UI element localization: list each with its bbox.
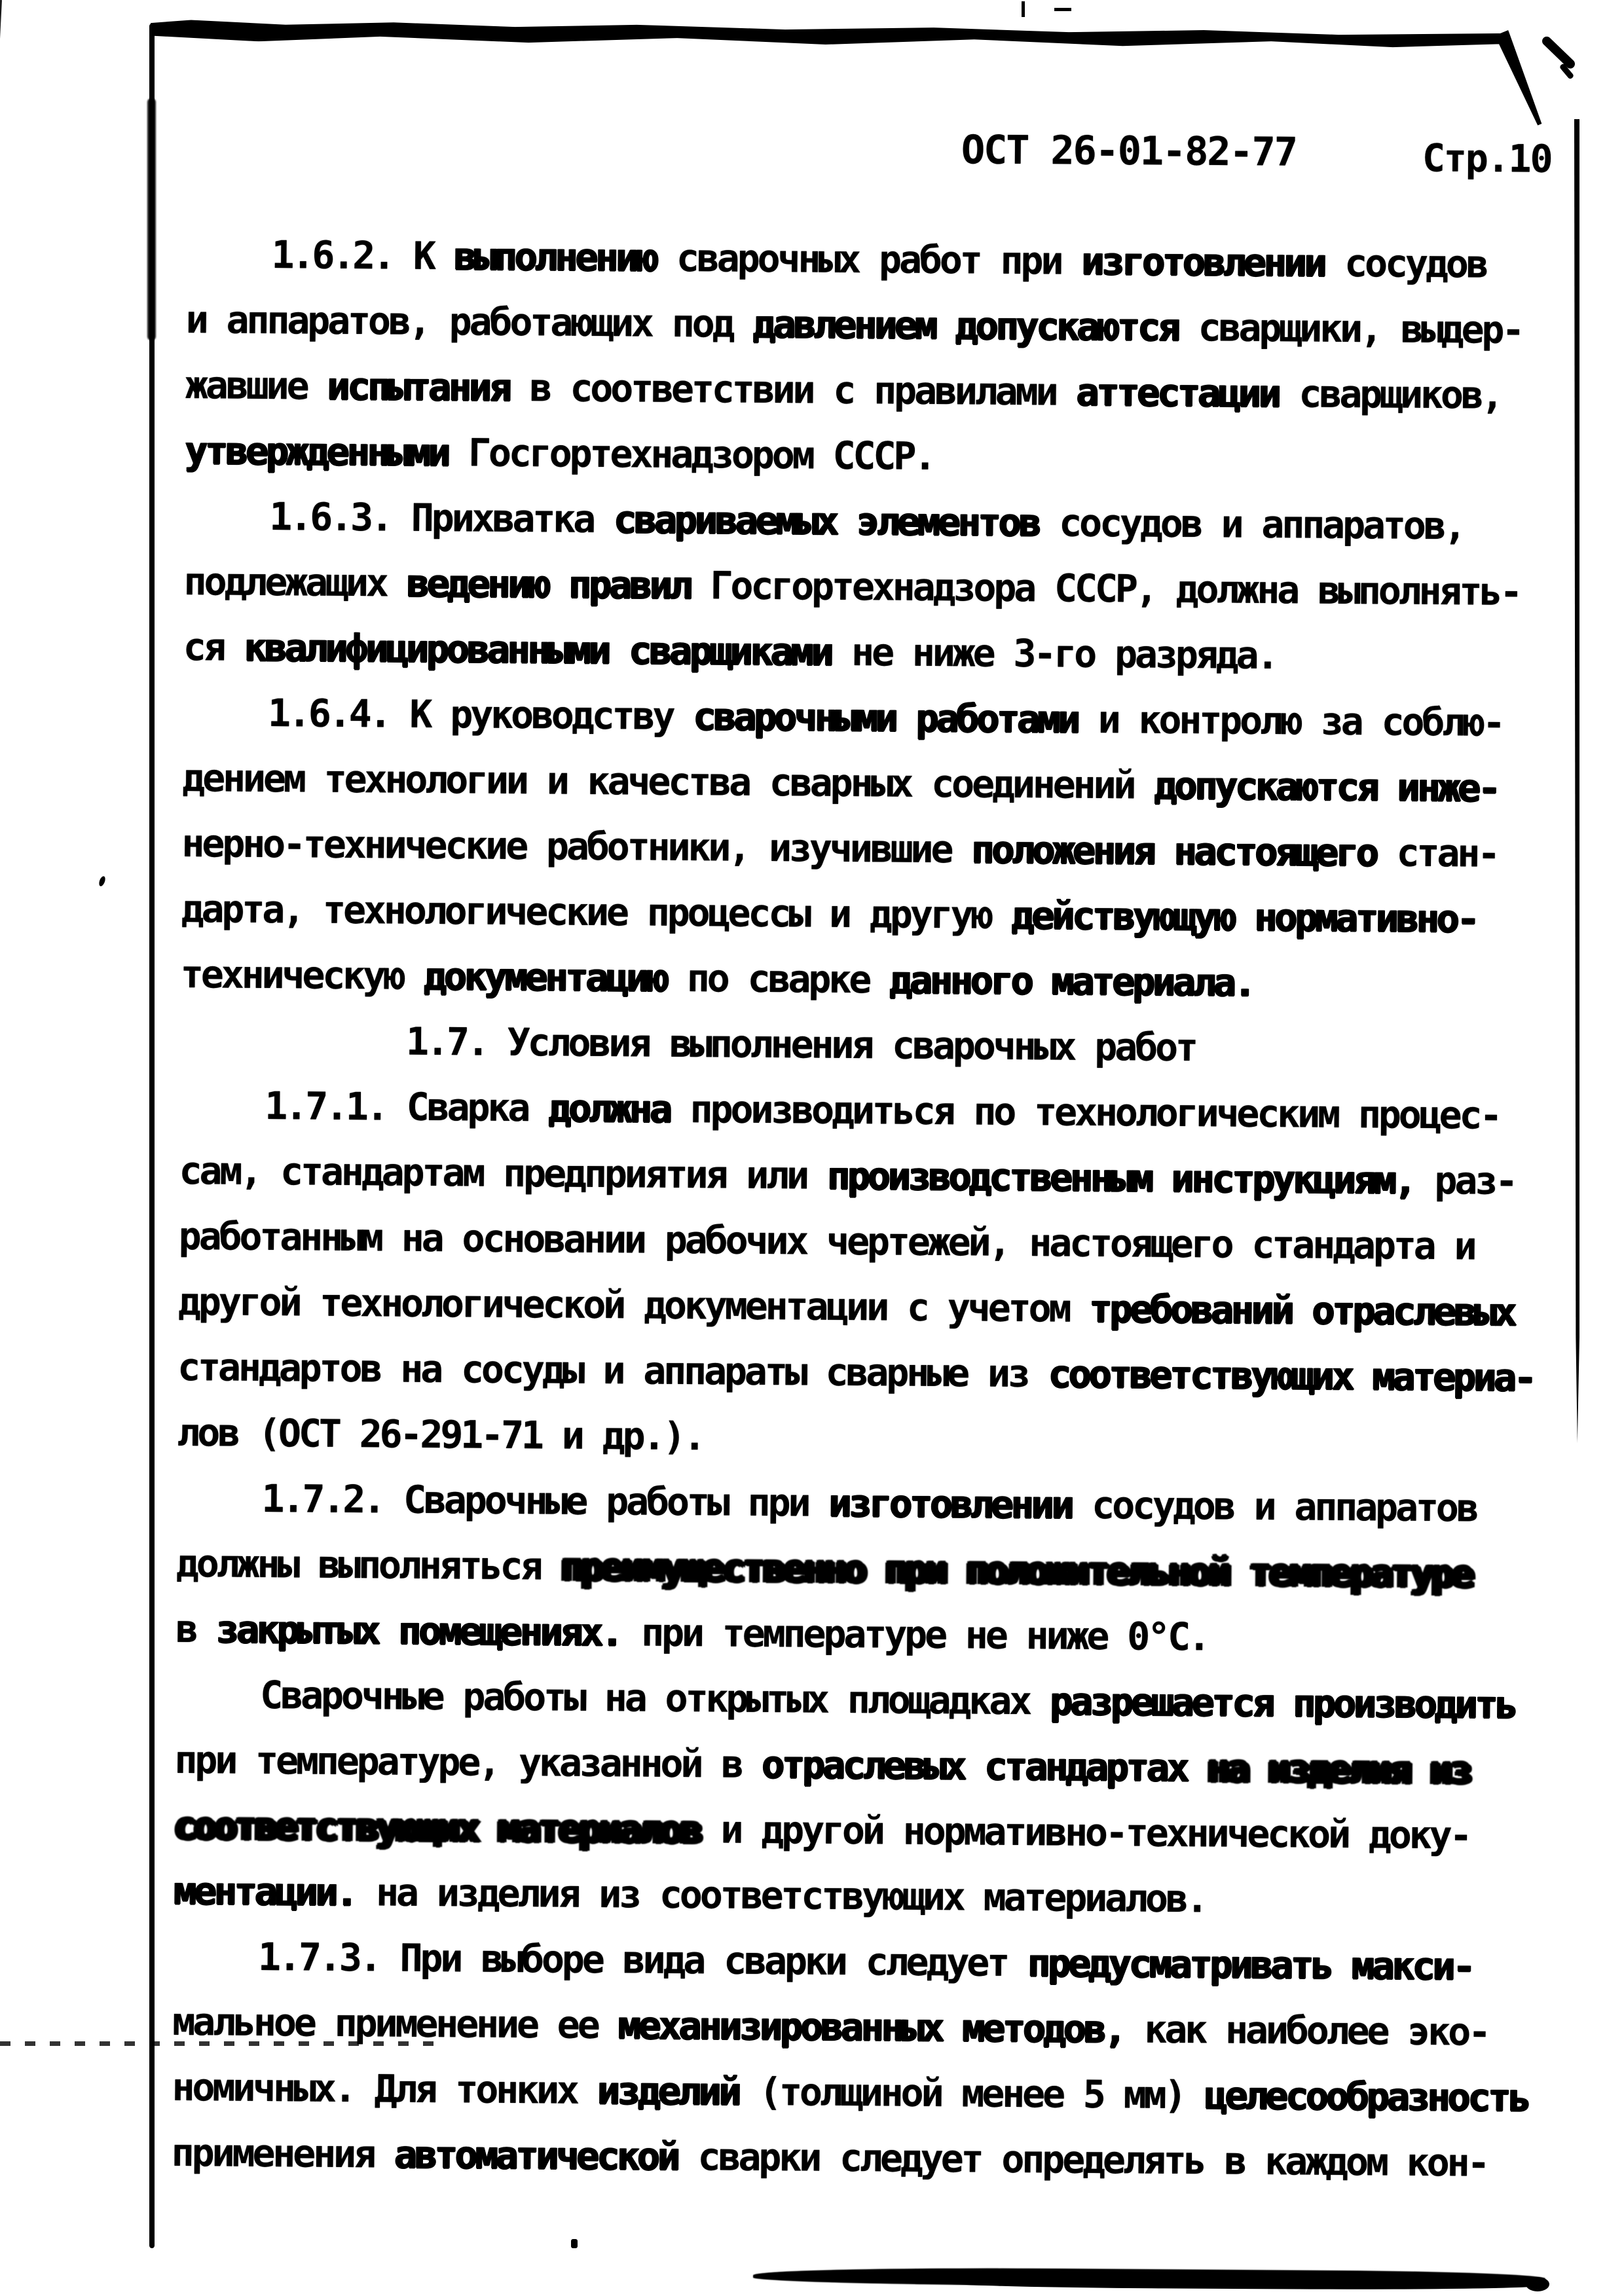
text-segment: допускаются инже- — [1154, 763, 1498, 811]
text-segment: работанным на основании рабочих чертежей… — [179, 1214, 1475, 1269]
text-segment: закрытых помещениях. — [216, 1607, 621, 1654]
text-segment: дарта, технологические процессы и другую — [181, 886, 1011, 938]
text-segment: 1.7. Условия выполнения сварочных работ — [406, 1019, 1196, 1070]
text-line: 1.7. Условия выполнения сварочных работ — [180, 1007, 1562, 1084]
text-segment: утвержденными — [185, 428, 448, 475]
scan-diagonal-dash-mark — [1540, 35, 1577, 71]
text-segment: 1.7.1. Сварка — [265, 1084, 548, 1130]
text-segment: техническую — [181, 952, 424, 998]
text-segment: Сварочные работы на открытых площадках — [260, 1673, 1050, 1723]
text-line: 1.6.3. Прихватка свариваемых элементов с… — [184, 483, 1566, 560]
text-segment: при температуре, указанной в — [174, 1738, 762, 1787]
text-line: дарта, технологические процессы и другую… — [181, 876, 1563, 953]
text-segment: раз- — [1414, 1158, 1515, 1203]
struck-out-text: при — [885, 1546, 946, 1592]
text-segment: производственным инструкциям, — [827, 1154, 1414, 1203]
scanned-document-page: ОСТ 26-01-82-77 Стр.10 1.6.2. К выполнен… — [0, 0, 1624, 2296]
text-line: соответствующих материалов и другой норм… — [174, 1793, 1556, 1869]
text-segment: предусматривать макси- — [1027, 1941, 1473, 1988]
text-line: ментации. на изделия из соответствующих … — [174, 1858, 1556, 1935]
stray-ink-mark — [1022, 1, 1025, 17]
text-segment: в — [175, 1607, 216, 1651]
text-line: лов (ОСТ 26-291-71 и др.). — [177, 1400, 1559, 1476]
text-line: 1.7.1. Сварка должна производиться по те… — [179, 1072, 1562, 1149]
text-segment: свариваемых элементов — [614, 497, 1039, 545]
text-segment: в соответствии с правилами — [509, 365, 1076, 414]
text-segment: разрешается производить — [1050, 1679, 1516, 1727]
text-segment: соответствующих материа- — [1048, 1351, 1534, 1400]
text-segment: производиться по технологическим процес- — [669, 1087, 1500, 1138]
page-fold-crease-line — [0, 0, 2, 2039]
text-segment: Госгортехнадзором СССР. — [448, 430, 934, 479]
text-segment: изделий — [597, 2068, 739, 2114]
text-segment: на изделия из соответствующих материалов… — [356, 1870, 1206, 1921]
text-segment: подлежащих — [183, 559, 407, 606]
text-segment: 1.6.2. К — [271, 232, 454, 278]
text-segment: сосудов и аппаратов — [1071, 1483, 1477, 1531]
text-segment: изготовлении — [1081, 239, 1325, 285]
text-segment: сварки следует определять в каждом кон- — [678, 2134, 1488, 2185]
text-segment: квалифицированными сварщиками — [244, 625, 831, 674]
text-segment: стандартов на сосуды и аппараты сварные … — [177, 1345, 1048, 1396]
text-segment: при температуре не ниже 0°С. — [621, 1610, 1208, 1659]
text-segment: не ниже 3-го разряда. — [831, 630, 1277, 678]
text-line: ся квалифицированными сварщиками не ниже… — [183, 614, 1566, 691]
struck-out-text: на изделия из — [1207, 1745, 1470, 1792]
text-line: номичных. Для тонких изделий (толщиной м… — [172, 2054, 1554, 2131]
text-line: техническую документацию по сварке данно… — [181, 941, 1563, 1018]
text-segment: автоматической — [394, 2132, 678, 2179]
text-segment: действующую нормативно- — [1011, 893, 1477, 941]
text-segment: давлением допускаются — [752, 302, 1178, 350]
text-segment: 1.6.4. К руководству — [268, 691, 693, 738]
text-segment: ментации. — [174, 1868, 356, 1914]
text-line: сам, стандартам предприятия или производ… — [179, 1138, 1561, 1214]
text-segment: данного материала. — [889, 957, 1254, 1004]
text-segment: требований отраслевых — [1089, 1286, 1515, 1334]
text-line: жавшие испытания в соответствии с правил… — [185, 352, 1568, 429]
text-line: и аппаратов, работающих под давлением до… — [185, 287, 1568, 363]
text-line: Сварочные работы на открытых площадках р… — [175, 1662, 1557, 1738]
text-line: в закрытых помещениях. при температуре н… — [175, 1596, 1558, 1673]
text-segment: 1.6.3. Прихватка — [269, 494, 614, 541]
text-segment: сварщиков, — [1278, 371, 1502, 418]
text-line: применения автоматической сварки следует… — [171, 2120, 1553, 2196]
text-segment: сосудов и аппаратов, — [1039, 500, 1464, 548]
text-line: 1.7.2. Сварочные работы при изготовлении… — [176, 1465, 1559, 1542]
stray-ink-mark — [571, 2239, 578, 2248]
text-segment: применения — [172, 2130, 395, 2177]
text-line: при температуре, указанной в отраслевых … — [174, 1727, 1557, 1804]
text-line: 1.6.4. К руководству сварочными работами… — [183, 680, 1565, 756]
text-segment: 1.7.3. При выборе вида сварки следует — [258, 1935, 1027, 1985]
text-line: утвержденными Госгортехнадзором СССР. — [185, 418, 1567, 494]
text-line: другой технологической документации с уч… — [178, 1269, 1560, 1345]
text-segment: дением технологии и качества сварных сое… — [182, 756, 1154, 808]
scan-right-edge-line — [1574, 119, 1579, 1443]
text-segment: должны выполняться — [176, 1541, 561, 1589]
text-segment: мальное применение ее — [172, 1999, 618, 2047]
text-line: 1.7.3. При выборе вида сварки следует пр… — [173, 1923, 1555, 2000]
text-segment: как наиболее эко- — [1124, 2007, 1488, 2054]
text-segment: аттестации — [1076, 370, 1279, 416]
stray-ink-mark — [1054, 8, 1071, 11]
text-segment: выполнению — [454, 234, 657, 280]
text-segment: сам, стандартам предприятия или — [179, 1148, 827, 1198]
text-segment: целесообразность — [1204, 2073, 1528, 2120]
standard-number: ОСТ 26-01-82-77 — [961, 127, 1297, 175]
text-segment: 1.7.2. Сварочные работы при — [261, 1476, 828, 1525]
text-segment — [1228, 1550, 1249, 1594]
page-number: Стр.10 — [1422, 136, 1552, 181]
struck-out-text: преимущественно — [561, 1544, 864, 1592]
text-segment: нерно-технические работники, изучившие — [181, 821, 971, 871]
text-segment: жавшие — [185, 363, 327, 409]
scan-left-edge-line — [149, 24, 155, 2248]
text-segment: сварочных работ при — [656, 236, 1082, 283]
text-segment: изготовлении — [828, 1481, 1072, 1527]
text-segment: отраслевых стандартах — [762, 1742, 1187, 1790]
text-segment: и аппаратов, работающих под — [186, 297, 753, 346]
scan-left-edge-smudge — [147, 98, 156, 340]
text-segment: ся — [183, 625, 244, 670]
text-line: подлежащих ведению правил Госгортехнадзо… — [183, 549, 1566, 625]
document-body: 1.6.2. К выполнению сварочных работ при … — [171, 221, 1568, 2196]
text-segment: другой технологической документации с уч… — [178, 1279, 1090, 1331]
text-segment: должна — [548, 1085, 670, 1131]
text-segment — [864, 1546, 885, 1591]
stray-ink-mark — [98, 875, 107, 887]
text-line: работанным на основании рабочих чертежей… — [178, 1203, 1560, 1280]
text-segment — [946, 1547, 966, 1592]
text-segment: стан- — [1376, 830, 1498, 875]
text-line: стандартов на сосуды и аппараты сварные … — [177, 1334, 1560, 1411]
text-segment: механизированных методов, — [618, 2003, 1124, 2051]
text-segment: лов (ОСТ 26-291-71 и др.). — [177, 1410, 703, 1459]
text-segment: положения настоящего — [971, 827, 1376, 875]
text-segment: номичных. Для тонких — [172, 2065, 597, 2113]
text-segment — [1187, 1745, 1207, 1790]
text-segment: испытания — [327, 364, 509, 410]
text-segment: (толщиной менее 5 мм) — [739, 2069, 1205, 2118]
text-segment: сварочными работами — [693, 694, 1078, 742]
text-segment: документацию — [424, 954, 667, 1000]
text-line: дением технологии и качества сварных сое… — [182, 745, 1564, 822]
struck-out-text: соответствующих материалов — [174, 1803, 700, 1851]
text-line: мальное применение ее механизированных м… — [172, 1989, 1555, 2066]
text-segment: ведению правил — [407, 561, 690, 608]
text-segment: и другой нормативно-технической доку- — [700, 1807, 1469, 1857]
text-segment: сварщики, выдер- — [1178, 305, 1522, 352]
text-segment: и контролю за соблю- — [1078, 697, 1504, 745]
scan-top-edge-mark — [151, 20, 1501, 52]
struck-out-text: положительной — [965, 1547, 1228, 1594]
text-segment: Госгортехнадзора СССР, должна выполнять- — [690, 563, 1520, 614]
bottom-ink-smudge — [1526, 2277, 1549, 2291]
text-segment: по сварке — [667, 956, 890, 1002]
scan-corner-hook-mark — [1495, 30, 1545, 128]
text-line: должны выполняться преимущественно при п… — [176, 1531, 1559, 1607]
text-line: нерно-технические работники, изучившие п… — [181, 811, 1564, 887]
text-segment: сосудов — [1324, 241, 1486, 287]
struck-out-text: температуре — [1249, 1550, 1472, 1596]
text-line: 1.6.2. К выполнению сварочных работ при … — [186, 221, 1568, 298]
